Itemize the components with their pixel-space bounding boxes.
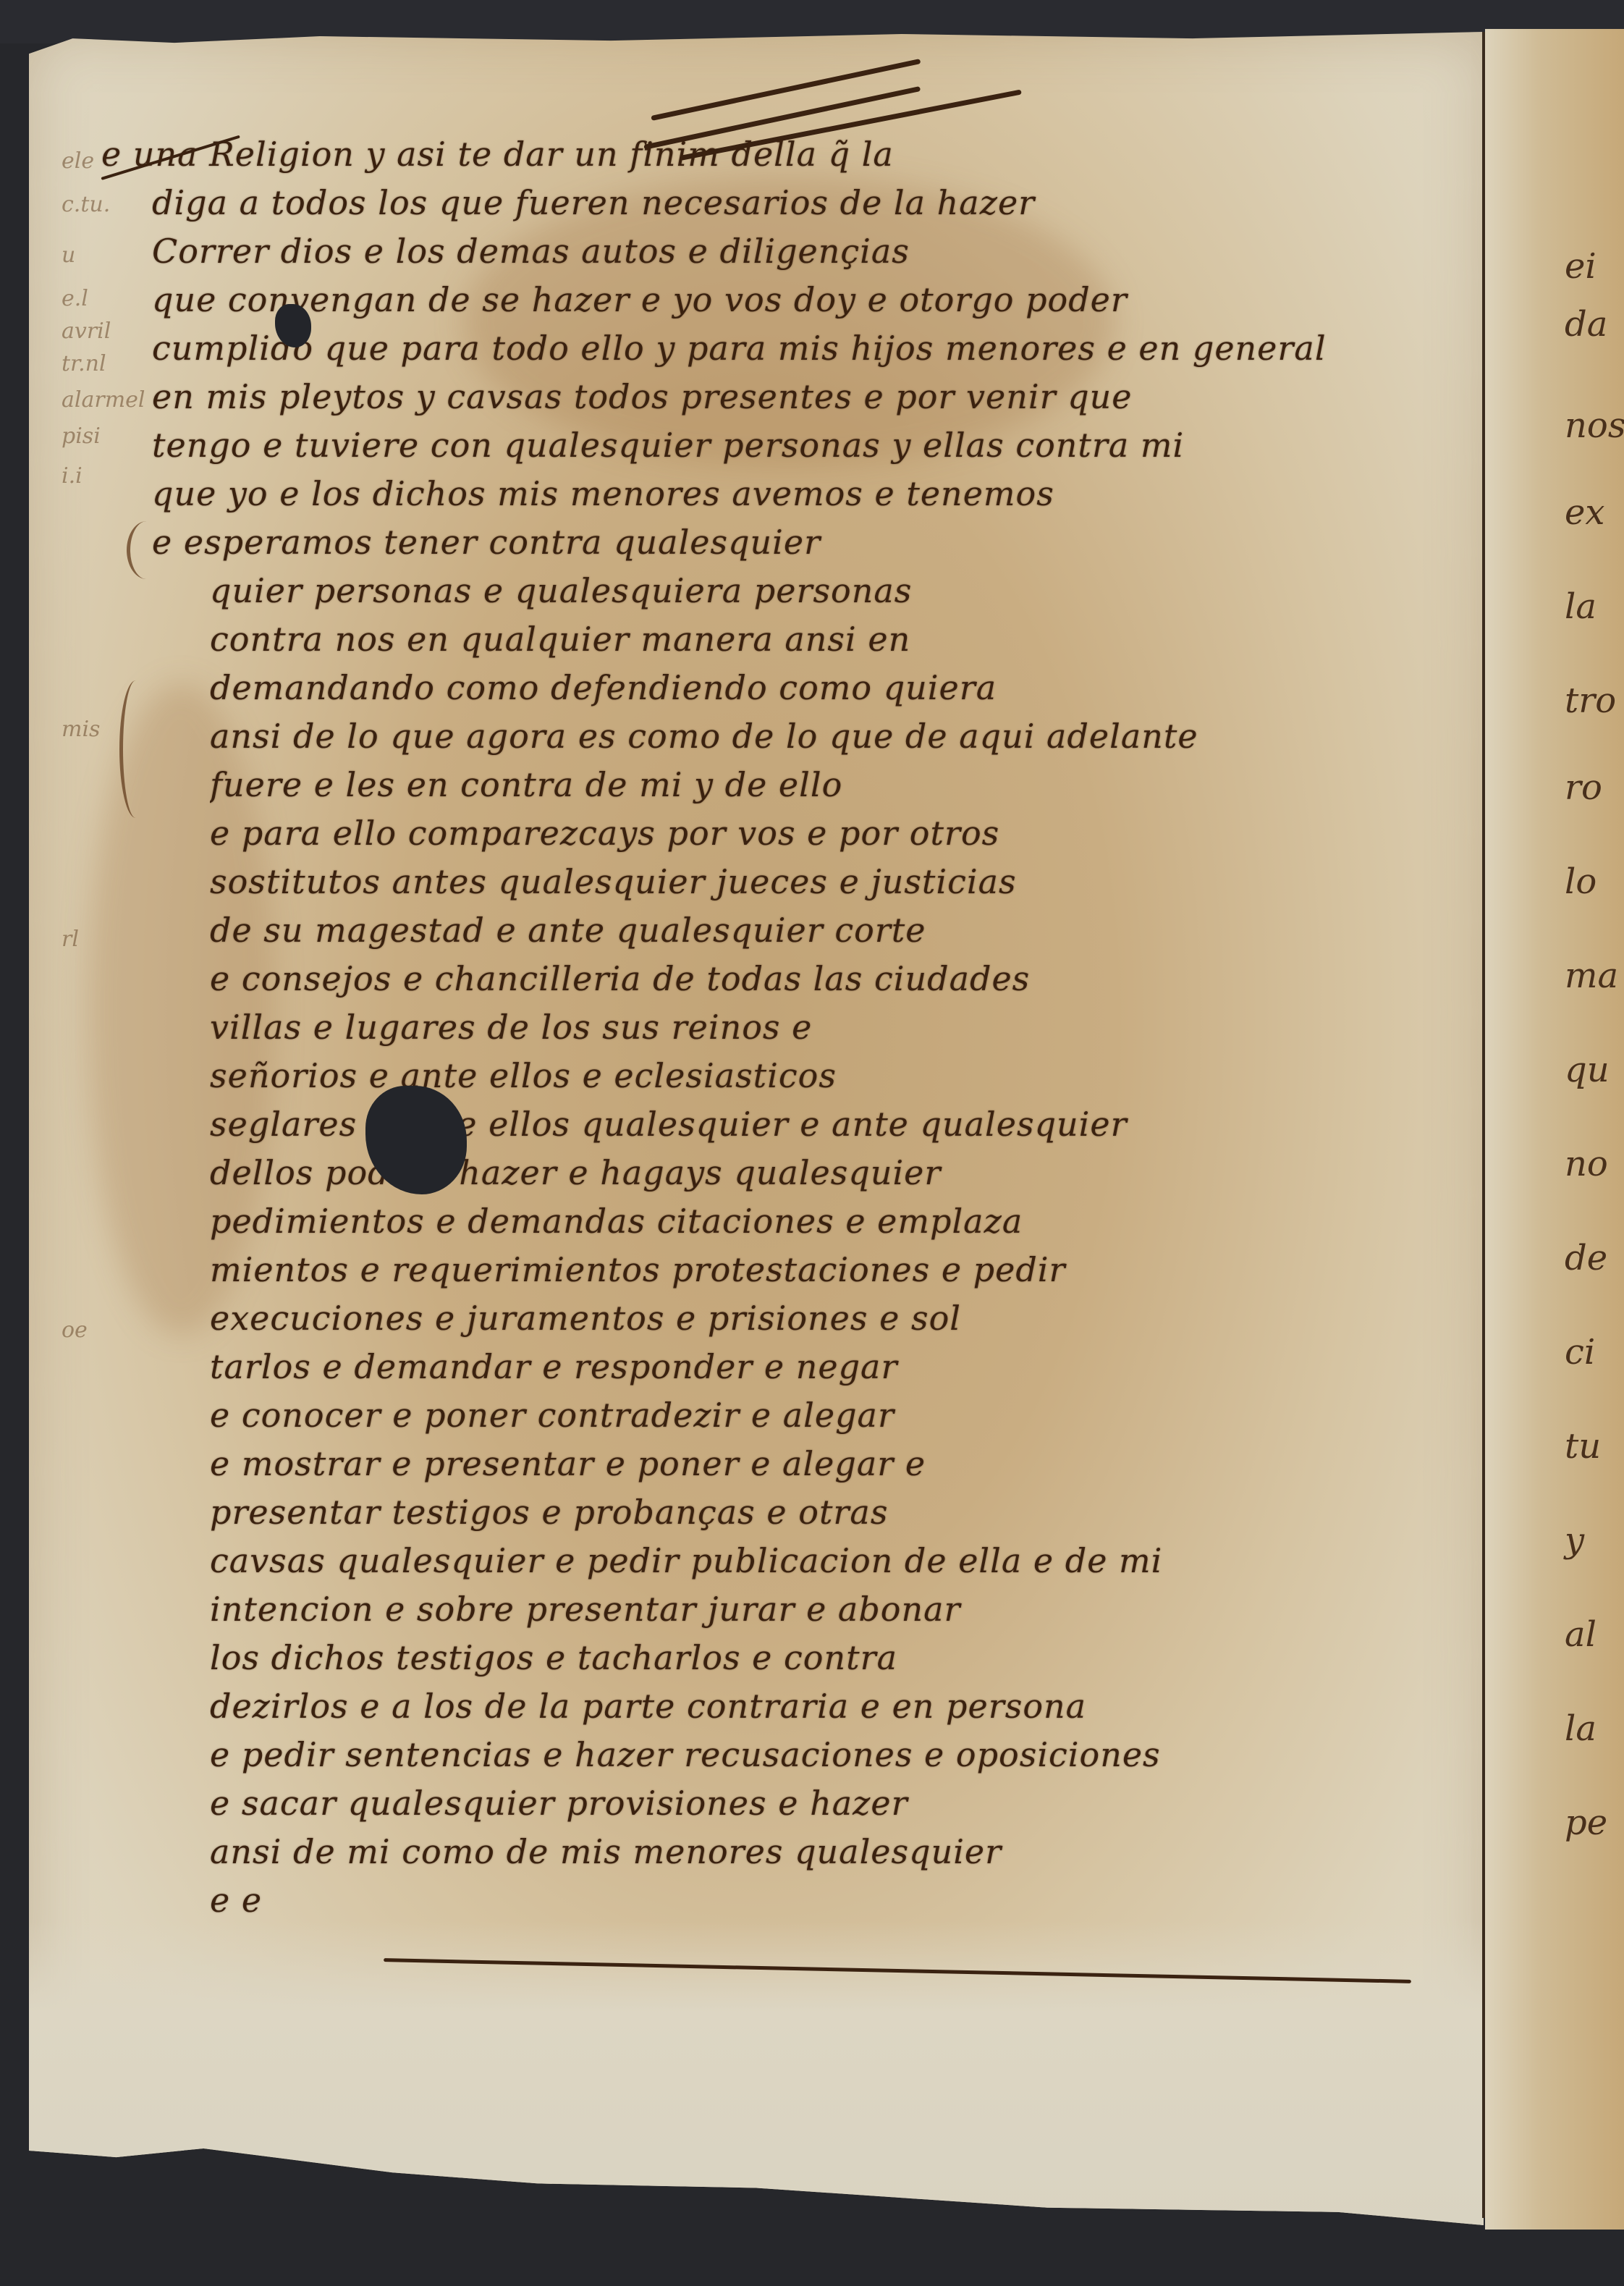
text-line-27: e conocer e poner contradezir e alegar <box>210 1391 1476 1440</box>
text-line-31: intencion e sobre presentar jurar e abon… <box>210 1585 1476 1634</box>
text-line-7: tengo e tuviere con qualesquier personas… <box>152 421 1476 470</box>
facing-text-fragment: y <box>1565 1520 1584 1545</box>
facing-text-fragment: ei <box>1565 246 1596 271</box>
facing-text-fragment: al <box>1565 1614 1596 1639</box>
text-line-36: ansi de mi como de mis menores qualesqui… <box>210 1828 1476 1876</box>
text-line-10: quier personas e qualesquiera personas <box>210 567 1476 615</box>
margin-bracket <box>119 680 152 818</box>
facing-text-fragment: da <box>1565 304 1607 329</box>
text-line-8: que yo e los dichos mis menores avemos e… <box>152 470 1476 518</box>
text-line-28: e mostrar e presentar e poner e alegar e <box>210 1440 1476 1488</box>
text-line-33: dezirlos e a los de la parte contraria e… <box>210 1682 1476 1731</box>
text-line-19: villas e lugares de los sus reinos e <box>210 1003 1476 1052</box>
text-line-35: e sacar qualesquier provisiones e hazer <box>210 1779 1476 1828</box>
text-line-24: mientos e requerimientos protestaciones … <box>210 1246 1476 1294</box>
text-line-6: en mis pleytos y cavsas todos presentes … <box>152 373 1476 421</box>
facing-text-fragment: lo <box>1565 861 1596 886</box>
facing-text-fragment: ci <box>1565 1332 1595 1357</box>
text-line-11: contra nos en qualquier manera ansi en <box>210 615 1476 664</box>
text-line-17: de su magestad e ante qualesquier corte <box>210 906 1476 955</box>
text-line-1: e una Religion y asi te dar un finim del… <box>101 130 1476 179</box>
text-line-30: cavsas qualesquier e pedir publicacion d… <box>210 1537 1476 1585</box>
facing-text-fragment: ma <box>1565 956 1618 980</box>
text-line-16: sostitutos antes qualesquier jueces e ju… <box>210 858 1476 906</box>
facing-text-fragment: de <box>1565 1238 1607 1262</box>
text-line-34: e pedir sentencias e hazer recusaciones … <box>210 1731 1476 1779</box>
facing-text-fragment: no <box>1565 1144 1608 1168</box>
facing-text-fragment: pe <box>1565 1802 1607 1827</box>
margin-bleedthrough: oe <box>62 1317 228 1343</box>
facing-text-fragment: la <box>1565 586 1596 611</box>
text-line-18: e consejos e chancilleria de todas las c… <box>210 955 1476 1003</box>
text-line-9: e esperamos tener contra qualesquier <box>152 518 1476 567</box>
facing-page-recto-edge: ei da nos ex la tro ro lo ma qu no de ci… <box>1485 29 1624 2230</box>
text-line-25: execuciones e juramentos e prisiones e s… <box>210 1294 1476 1343</box>
text-line-15: e para ello comparezcays por vos e por o… <box>210 809 1476 858</box>
facing-text-fragment: tro <box>1565 680 1616 705</box>
text-line-13: ansi de lo que agora es como de lo que d… <box>210 712 1476 761</box>
text-line-37: e e <box>210 1876 1476 1925</box>
facing-text-fragment: qu <box>1565 1050 1610 1074</box>
facing-text-fragment: ex <box>1565 492 1604 517</box>
facing-text-fragment: la <box>1565 1708 1596 1733</box>
text-line-3: Correr dios e los demas autos e diligenç… <box>152 227 1476 276</box>
margin-bleedthrough: rl <box>62 927 228 952</box>
manuscript-text-body: e una Religion y asi te dar un finim del… <box>232 130 1476 1925</box>
text-line-4: que convengan de se hazer e yo vos doy e… <box>152 276 1476 324</box>
text-line-12: demandando como defendiendo como quiera <box>210 664 1476 712</box>
text-line-14: fuere e les en contra de mi y de ello <box>210 761 1476 809</box>
text-line-29: presentar testigos e probanças e otras <box>210 1488 1476 1537</box>
facing-text-fragment: nos <box>1565 405 1624 430</box>
facing-text-fragment: ro <box>1565 767 1602 792</box>
facing-text-fragment: tu <box>1565 1426 1601 1451</box>
text-line-23: pedimientos e demandas citaciones e empl… <box>210 1197 1476 1246</box>
text-line-2: diga a todos los que fueren necesarios d… <box>152 179 1476 227</box>
text-line-32: los dichos testigos e tacharlos e contra <box>210 1634 1476 1682</box>
text-line-26: tarlos e demandar e responder e negar <box>210 1343 1476 1391</box>
text-line-5: cumplido que para todo ello y para mis h… <box>152 324 1476 373</box>
